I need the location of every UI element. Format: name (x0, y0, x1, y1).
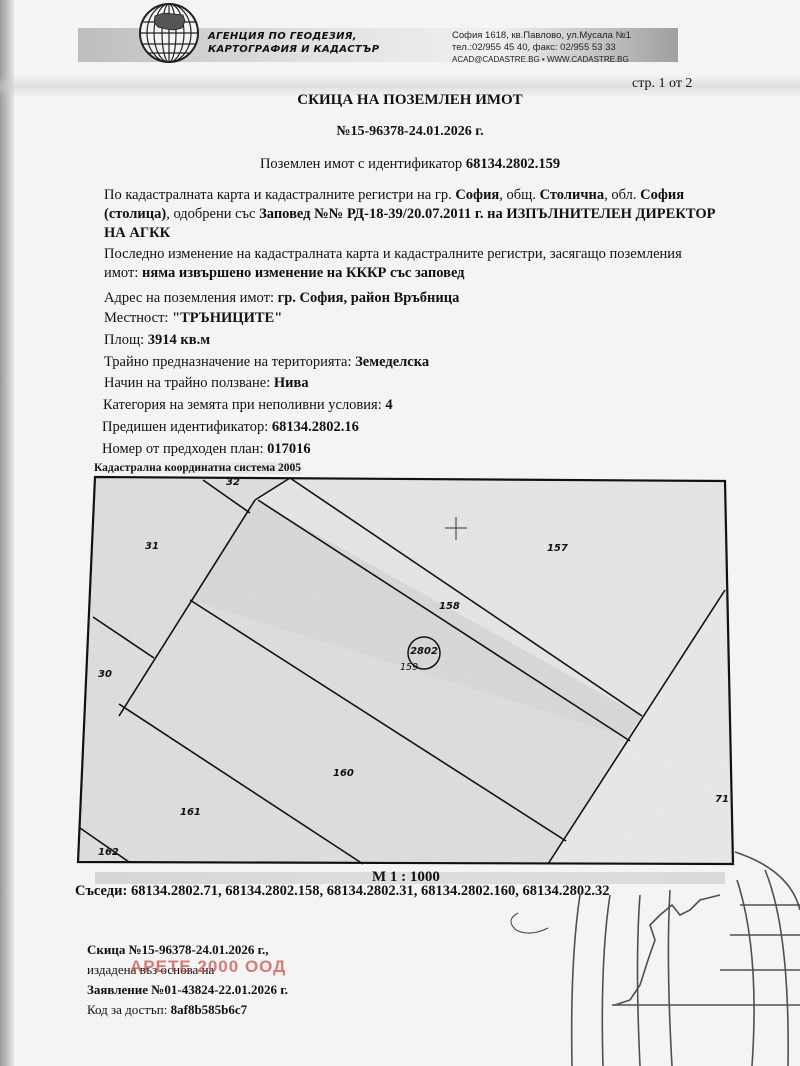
agency-address: София 1618, кв.Павлово, ул.Мусала №1 (452, 30, 631, 42)
identifier-value: 68134.2802.159 (466, 156, 560, 172)
field-value: "ТРЪНИЦИТЕ" (172, 310, 282, 326)
application-number: Заявление №01-43824-22.01.2026 г. (87, 982, 288, 997)
field-value: 3914 кв.м (148, 332, 210, 348)
field-label: Категория на земята при неполивни услови… (103, 397, 385, 413)
agency-name-line2: КАРТОГРАФИЯ И КАДАСТЪР (208, 43, 379, 56)
field-usage: Начин на трайно ползване: Нива (104, 375, 309, 392)
municipality: Столична (540, 187, 605, 203)
document-title: СКИЦА НА ПОЗЕМЛЕН ИМОТ (0, 92, 800, 109)
agency-email-web: ACAD@CADASTRE.BG • WWW.CADASTRE.BG (452, 54, 631, 66)
parcel-label-159[interactable]: 159 (400, 662, 418, 673)
footer-block: Скица №15-96378-24.01.2026 г., издадена … (87, 940, 288, 1020)
field-label: Местност: (104, 310, 172, 326)
field-previous-id: Предишен идентификатор: 68134.2802.16 (102, 419, 359, 436)
field-label: Предишен идентификатор: (102, 419, 272, 435)
approval-text: , обл. (604, 187, 640, 203)
last-change-paragraph: Последно изменение на кадастралната карт… (104, 245, 716, 283)
property-identifier: Поземлен имот с идентификатор 68134.2802… (0, 156, 800, 173)
company-stamp: АРЕТЕ 2000 ООД (130, 957, 286, 977)
neighbours-label: Съседи: (75, 883, 131, 899)
parcel-label-71[interactable]: 71 (715, 794, 729, 805)
agency-name-line1: АГЕНЦИЯ ПО ГЕОДЕЗИЯ, (208, 30, 379, 43)
field-label: Площ: (104, 332, 148, 348)
identifier-label: Поземлен имот с идентификатор (260, 156, 466, 172)
page-number: стр. 1 от 2 (632, 76, 692, 92)
parcel-label-31[interactable]: 31 (145, 541, 159, 552)
agency-name: АГЕНЦИЯ ПО ГЕОДЕЗИЯ, КАРТОГРАФИЯ И КАДАС… (208, 30, 379, 56)
globe-bulgaria-icon (138, 2, 200, 64)
last-change-value: няма извършено изменение на КККР със зап… (142, 265, 465, 281)
field-address: Адрес на поземления имот: гр. София, рай… (104, 290, 459, 307)
field-value: гр. София, район Връбница (278, 290, 460, 306)
field-locality: Местност: "ТРЪНИЦИТЕ" (104, 310, 282, 327)
neighbours-list: 68134.2802.71, 68134.2802.158, 68134.280… (131, 883, 610, 899)
contact-block: София 1618, кв.Павлово, ул.Мусала №1 тел… (452, 30, 631, 66)
cadastral-region-label: 2802 (410, 646, 438, 657)
field-label: Номер от предходен план: (102, 441, 267, 457)
field-label: Начин на трайно ползване: (104, 375, 274, 391)
parcel-label-158[interactable]: 158 (439, 601, 460, 612)
field-area: Площ: 3914 кв.м (104, 332, 210, 349)
field-label: Трайно предназначение на територията: (104, 354, 355, 370)
parcel-label-161[interactable]: 161 (180, 807, 201, 818)
field-category: Категория на земята при неполивни услови… (103, 397, 393, 414)
approval-text: По кадастралната карта и кадастралните р… (104, 187, 455, 203)
map-caption: Кадастрална координатна система 2005 (94, 462, 301, 474)
access-code-label: Код за достъп: (87, 1002, 171, 1017)
document-number: №15-96378-24.01.2026 г. (0, 124, 800, 140)
field-value: 68134.2802.16 (272, 419, 359, 435)
field-previous-plan: Номер от предходен план: 017016 (102, 441, 311, 458)
city: София (455, 187, 499, 203)
field-purpose: Трайно предназначение на територията: Зе… (104, 354, 429, 371)
parcel-label-157[interactable]: 157 (547, 543, 568, 554)
field-value: 017016 (267, 441, 311, 457)
approval-paragraph: По кадастралната карта и кадастралните р… (104, 186, 716, 283)
agency-phone-fax: тел.:02/955 45 40, факс: 02/955 53 33 (452, 42, 631, 54)
field-value: Земеделска (355, 354, 429, 370)
neighbours-line: Съседи: 68134.2802.71, 68134.2802.158, 6… (75, 883, 609, 900)
sketch-reference: Скица №15-96378-24.01.2026 г., (87, 942, 269, 957)
approval-text: , общ. (499, 187, 539, 203)
access-code: 8af8b585b6c7 (171, 1002, 248, 1017)
parcel-label-32[interactable]: 32 (226, 477, 240, 488)
field-value: 4 (385, 397, 392, 413)
parcel-label-30[interactable]: 30 (98, 669, 112, 680)
approval-text: , одобрени със (166, 206, 259, 222)
parcel-label-160[interactable]: 160 (333, 768, 354, 779)
field-value: Нива (274, 375, 309, 391)
field-label: Адрес на поземления имот: (104, 290, 278, 306)
parcel-label-162[interactable]: 162 (98, 847, 119, 858)
